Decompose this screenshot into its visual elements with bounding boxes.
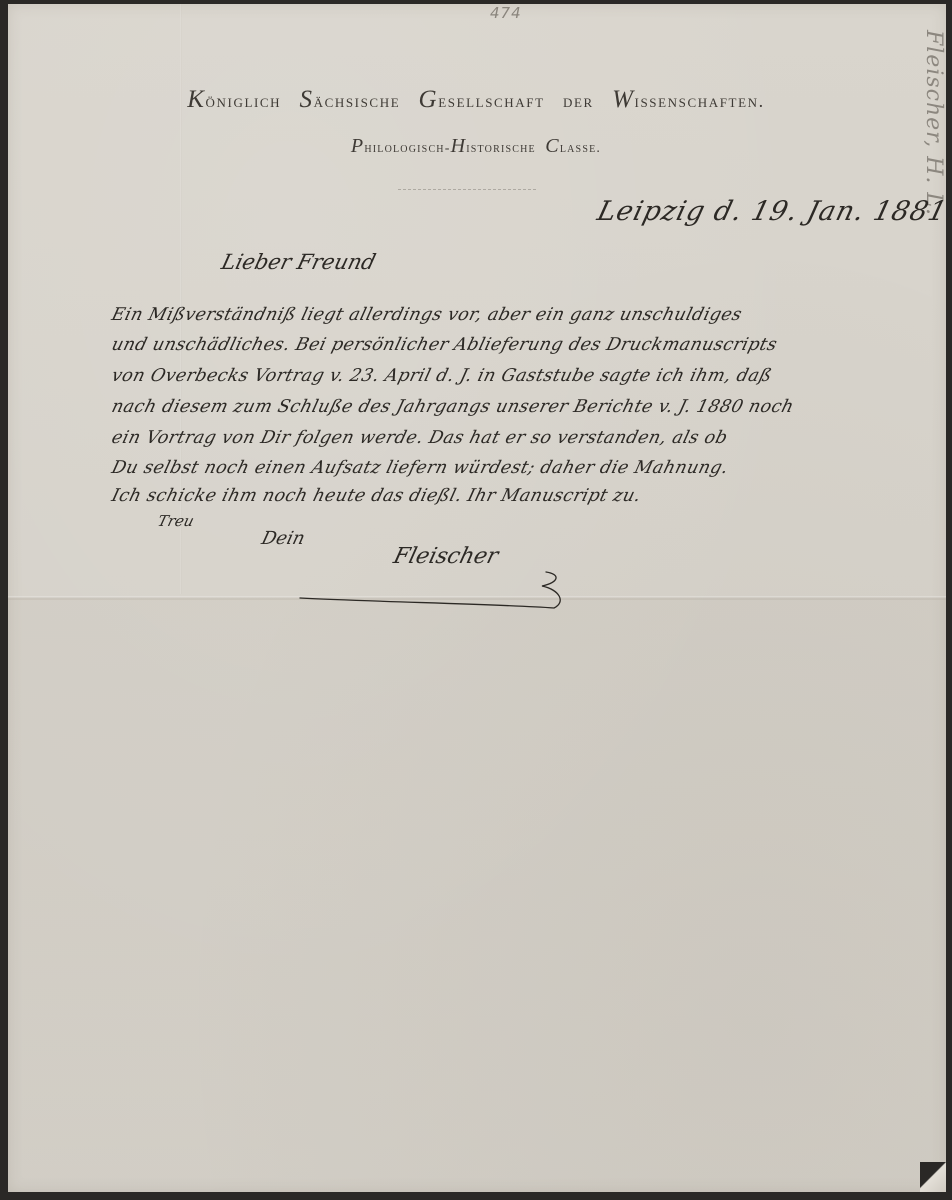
place-date: Leipzig d. 19. Jan. 1881. <box>594 196 952 227</box>
letterhead-subtitle-word: Classe. <box>545 141 601 156</box>
body-line: Ein Mißverständniß liegt allerdings vor,… <box>110 305 745 325</box>
letterhead-title-word: Sächsische <box>299 91 400 111</box>
closing-word: Treu <box>156 512 196 530</box>
letterhead-title: Königlich Sächsische Gesellschaft der Wi… <box>0 86 952 114</box>
body-line: ein Vortrag von Dir folgen werde. Das ha… <box>110 428 730 448</box>
salutation: Lieber Freund <box>219 250 378 274</box>
letterhead-title-word: der <box>563 91 594 111</box>
letterhead-subtitle: Philologisch-Historische Classe. <box>0 135 952 158</box>
letterhead-title-word: Wissenschaften. <box>612 91 765 111</box>
lower-half-shading <box>8 601 946 1192</box>
body-line: Ich schicke ihm noch heute das dießl. Ih… <box>110 486 644 506</box>
letterhead-subtitle-word: Philologisch <box>351 141 445 156</box>
letterhead-divider <box>398 189 538 190</box>
letterhead-subtitle-word: Historische <box>451 141 536 156</box>
body-line: Du selbst noch einen Aufsatz liefern wür… <box>110 458 731 478</box>
body-line: und unschädliches. Bei persönlicher Abli… <box>110 335 780 355</box>
corner-curl <box>920 1162 946 1192</box>
body-line: nach diesem zum Schluße des Jahrgangs un… <box>110 397 796 417</box>
pencil-annotation: Fleischer, H. L. <box>921 30 946 216</box>
letterhead-title-word: Königlich <box>187 91 281 111</box>
signature-flourish-icon <box>298 552 568 612</box>
letterhead-title-word: Gesellschaft <box>419 91 545 111</box>
body-line: von Overbecks Vortrag v. 23. April d. J.… <box>110 366 774 386</box>
archive-number: 474 <box>490 4 522 22</box>
closing-word: Dein <box>259 528 307 549</box>
